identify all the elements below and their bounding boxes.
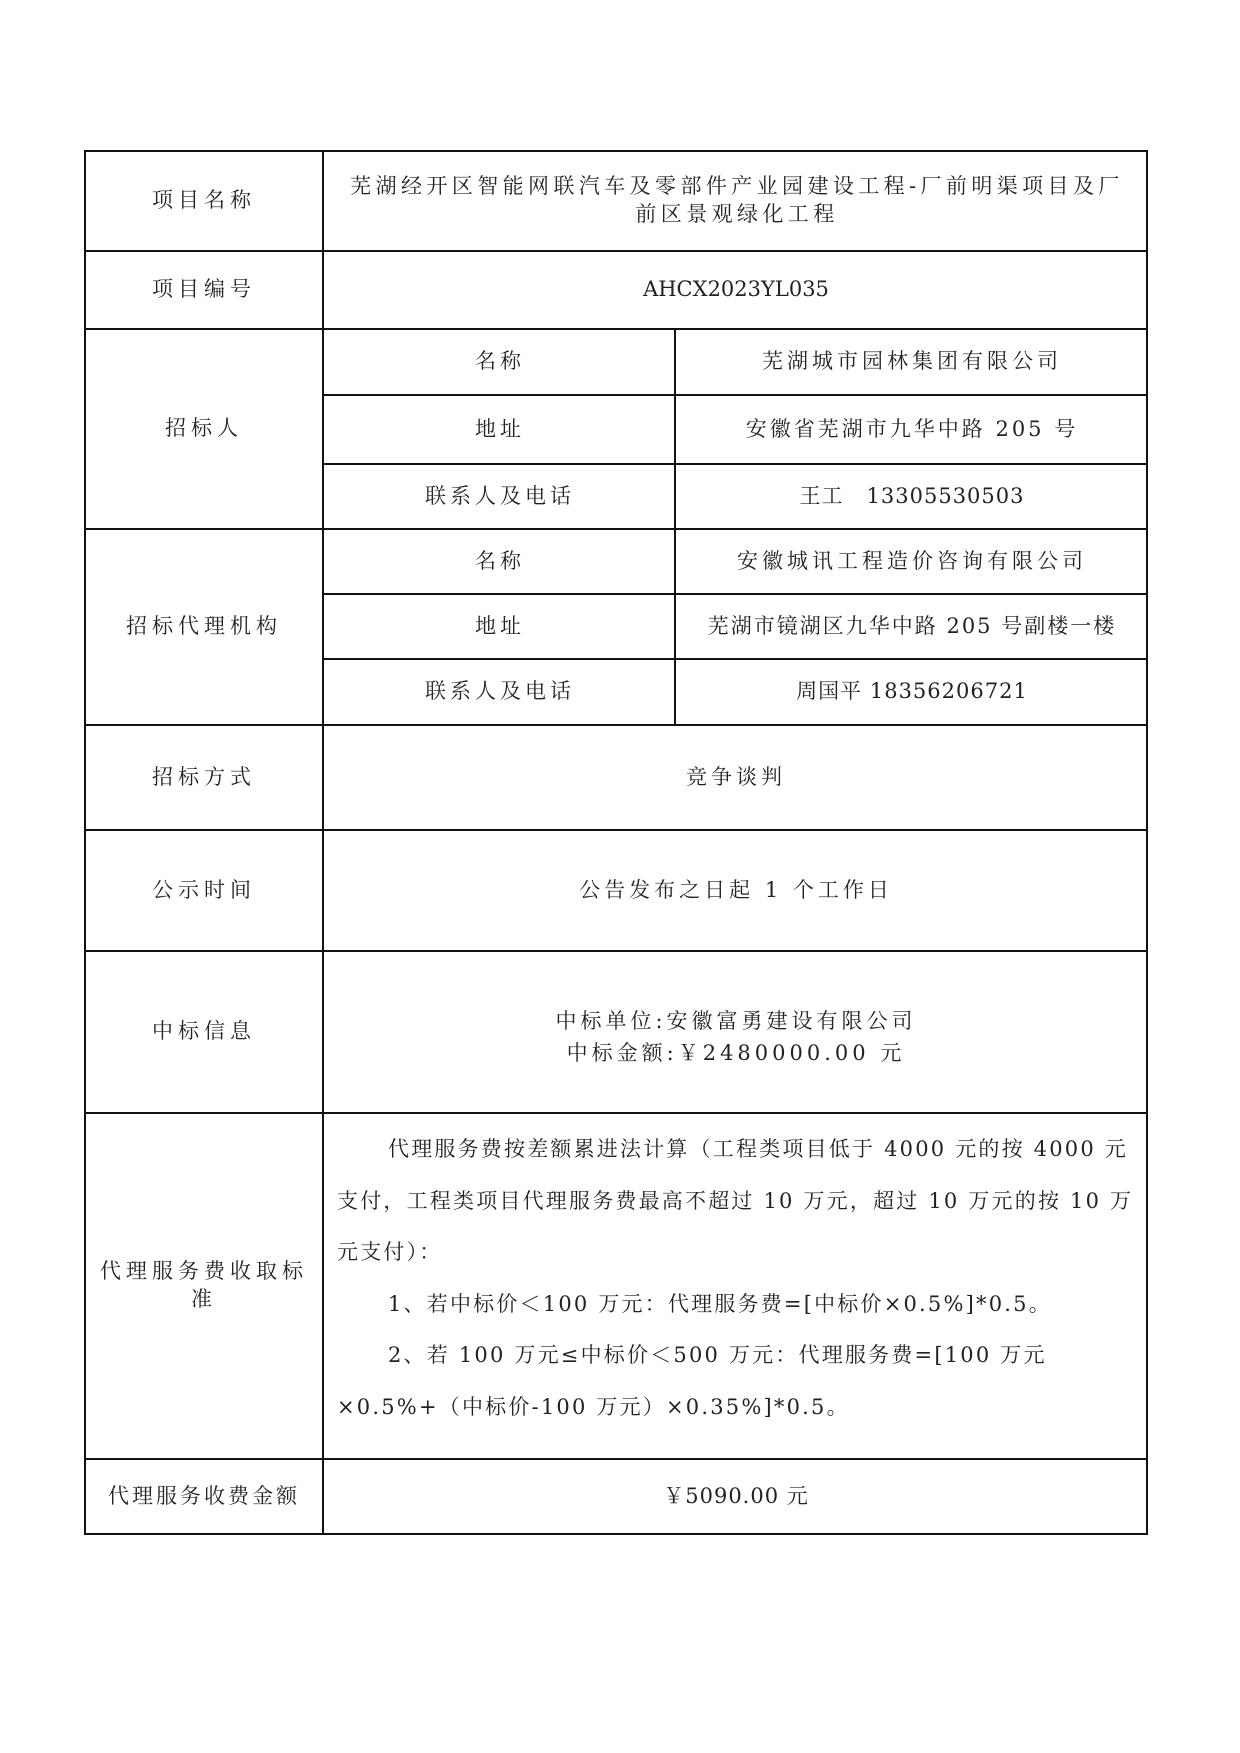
agency-name-value: 安徽城讯工程造价咨询有限公司 (676, 528, 1148, 593)
agency-address-label: 地址 (324, 593, 676, 658)
fee-standard-paragraph: 1、若中标价＜100 万元：代理服务费=[中标价×0.5%]*0.5。 (337, 1279, 1143, 1331)
award-amount: 中标金额:￥2480000.00 元 (555, 1037, 916, 1069)
fee-standard-paragraph: 2、若 100 万元≤中标价＜500 万元：代理服务费=[100 万元×0.5%… (337, 1330, 1143, 1433)
agency-contact-value: 周国平 18356206721 (676, 658, 1148, 724)
agency-name-label: 名称 (324, 528, 676, 593)
award-winner: 中标单位:安徽富勇建设有限公司 (555, 1005, 916, 1037)
fee-amount-label: 代理服务收费金额 (84, 1458, 324, 1533)
method-label: 招标方式 (84, 724, 324, 829)
project-code-value: AHCX2023YL035 (324, 250, 1148, 328)
agency-contact-label: 联系人及电话 (324, 658, 676, 724)
fee-standard-label-line1: 代理服务费收取标 (100, 1257, 308, 1285)
project-name-label: 项目名称 (84, 150, 324, 250)
fee-amount-value: ￥5090.00 元 (324, 1458, 1148, 1533)
project-code-label: 项目编号 (84, 250, 324, 328)
tenderer-label: 招标人 (84, 328, 324, 528)
method-value: 竞争谈判 (324, 724, 1148, 829)
tenderer-name-value: 芜湖城市园林集团有限公司 (676, 328, 1148, 394)
tenderer-name-label: 名称 (324, 328, 676, 394)
tenderer-contact-label: 联系人及电话 (324, 463, 676, 528)
project-name-value: 芜湖经开区智能网联汽车及零部件产业园建设工程-厂前明渠项目及厂前区景观绿化工程 (334, 150, 1140, 250)
publicity-value: 公告发布之日起 1 个工作日 (324, 829, 1148, 950)
agency-address-value: 芜湖市镜湖区九华中路 205 号副楼一楼 (676, 593, 1148, 658)
fee-standard-text: 代理服务费按差额累进法计算（工程类项目低于 4000 元的按 4000 元支付，… (337, 1124, 1143, 1433)
award-value: 中标单位:安徽富勇建设有限公司 中标金额:￥2480000.00 元 (324, 950, 1148, 1112)
tenderer-address-value: 安徽省芜湖市九华中路 205 号 (676, 394, 1148, 463)
table-border-bottom (84, 1533, 1148, 1535)
agency-label: 招标代理机构 (84, 528, 324, 724)
announcement-table: 项目名称 芜湖经开区智能网联汽车及零部件产业园建设工程-厂前明渠项目及厂前区景观… (84, 150, 1147, 1533)
fee-standard-paragraph: 代理服务费按差额累进法计算（工程类项目低于 4000 元的按 4000 元支付，… (337, 1124, 1143, 1279)
tenderer-address-label: 地址 (324, 394, 676, 463)
fee-standard-label: 代理服务费收取标 准 (84, 1112, 324, 1458)
award-label: 中标信息 (84, 950, 324, 1112)
fee-standard-label-line2: 准 (100, 1285, 308, 1313)
publicity-label: 公示时间 (84, 829, 324, 950)
tenderer-contact-value: 王工 13305530503 (676, 463, 1148, 528)
